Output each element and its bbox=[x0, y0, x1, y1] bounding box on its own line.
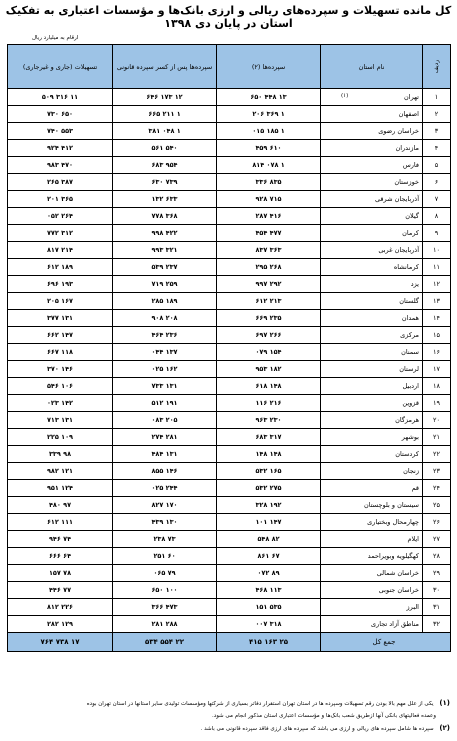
table-row: ۳۱البرز۵۳۵ ۱۵۱۴۷۳ ۳۶۶۲۲۶ ۸۱۲ bbox=[8, 599, 451, 616]
header-deposits: سپرده‌ها (۲) bbox=[217, 45, 321, 89]
table-row: ۶خوزستان۸۳۵ ۳۳۶۷۳۹ ۶۳۰۳۸۷ ۲۶۵ bbox=[8, 174, 451, 191]
province-name: البرز bbox=[321, 599, 423, 616]
table-row: ۲۲کردستان۱۴۸ ۱۴۸۱۳۱ ۴۸۴۹۸ ۳۳۹ bbox=[8, 446, 451, 463]
table-row: ۱۲یزد۲۹۲ ۹۹۷۲۵۹ ۷۱۹۱۹۳ ۶۹۶ bbox=[8, 276, 451, 293]
loans-value: ۱۳۱ ۷۱۳ bbox=[8, 412, 113, 429]
row-number: ۱۸ bbox=[423, 378, 451, 395]
table-row: ۱۳گلستان۲۱۳ ۶۱۲۱۸۹ ۲۸۵۱۶۷ ۲۰۵ bbox=[8, 293, 451, 310]
province-name: سیستان و بلوچستان bbox=[321, 497, 423, 514]
table-row: ۱۱کرمانشاه۲۶۸ ۲۹۵۲۳۷ ۵۳۹۱۸۹ ۶۱۲ bbox=[8, 259, 451, 276]
deposits-after-value: ۲۳۶ ۴۶۴ bbox=[113, 327, 217, 344]
deposits-after-value: ۷۹ ۰۶۵ bbox=[113, 565, 217, 582]
deposits-value: ۲۳۵ ۶۶۹ bbox=[217, 310, 321, 327]
deposits-after-value: ۶۰ ۲۵۱ bbox=[113, 548, 217, 565]
deposits-after-value: ۱۷۰ ۸۲۷ bbox=[113, 497, 217, 514]
deposits-value: ۲۶۸ ۲۹۵ bbox=[217, 259, 321, 276]
deposits-value: ۱۶۵ ۵۳۲ bbox=[217, 463, 321, 480]
header-province: نام استان bbox=[321, 45, 423, 89]
table-row: ۴مازندران۶۱۰ ۴۵۹۵۴۰ ۵۶۱۴۱۲ ۹۲۴ bbox=[8, 140, 451, 157]
deposits-after-value: ۱۳۰ ۴۳۹ bbox=[113, 514, 217, 531]
page-title: کل مانده تسهیلات و سپرده‌های ریالی و ارز… bbox=[0, 4, 457, 30]
province-name: کردستان bbox=[321, 446, 423, 463]
row-number: ۵ bbox=[423, 157, 451, 174]
province-name: یزد bbox=[321, 276, 423, 293]
deposits-value: ۲۱۳ ۶۱۲ bbox=[217, 293, 321, 310]
province-name: بوشهر bbox=[321, 429, 423, 446]
deposits-value: ۲۷۵ ۵۳۲ bbox=[217, 480, 321, 497]
deposits-value: ۱۹۲ ۳۲۸ bbox=[217, 497, 321, 514]
loans-value: ۳۸۷ ۲۶۵ bbox=[8, 174, 113, 191]
loans-value: ۷۷ ۴۴۶ bbox=[8, 582, 113, 599]
row-number: ۲۰ bbox=[423, 412, 451, 429]
loans-value: ۵۵۳ ۷۴۰ bbox=[8, 123, 113, 140]
province-name: کهگیلویه وبویراحمد bbox=[321, 548, 423, 565]
footnote-2: (۲) سپرده ها شامل سپرده های ریالی و ارزی… bbox=[10, 722, 450, 735]
table-header-row: ردیف نام استان سپرده‌ها (۲) سپرده‌ها پس … bbox=[8, 45, 451, 89]
row-number: ۹ bbox=[423, 225, 451, 242]
deposits-value: ۴۷۷ ۴۵۴ bbox=[217, 225, 321, 242]
loans-value: ۱۱۸ ۶۶۷ bbox=[8, 344, 113, 361]
row-number: ۸ bbox=[423, 208, 451, 225]
province-name: هرمزگان bbox=[321, 412, 423, 429]
loans-value: ۱۲۴ ۹۵۱ bbox=[8, 480, 113, 497]
province-name: لرستان bbox=[321, 361, 423, 378]
province-name: کرمان bbox=[321, 225, 423, 242]
deposits-value: ۱۴۷ ۱۰۱ bbox=[217, 514, 321, 531]
footnote-1-continuation: وعمده فعالیتهای بانکی آنها ازطریق شعب با… bbox=[10, 710, 450, 722]
footnote-1: (۱) یکی از علل مهم بالا بودن رقم تسهیلات… bbox=[10, 697, 450, 710]
table-row: ۷آذربایجان شرقی۷۱۵ ۹۲۸۶۳۳ ۱۳۲۳۶۵ ۲۰۱ bbox=[8, 191, 451, 208]
header-loans: تسهیلات (جاری و غیرجاری) bbox=[8, 45, 113, 89]
deposits-after-value: ۲۳۷ ۵۳۹ bbox=[113, 259, 217, 276]
footnotes: (۱) یکی از علل مهم بالا بودن رقم تسهیلات… bbox=[10, 697, 450, 735]
loans-value: ۲۲۶ ۸۱۲ bbox=[8, 599, 113, 616]
deposits-after-value: ۵۴۰ ۵۶۱ bbox=[113, 140, 217, 157]
row-number: ۱ bbox=[423, 89, 451, 106]
total-deposits-after: ۲۲ ۵۵۴ ۵۳۴ bbox=[113, 633, 217, 652]
province-name: فارس bbox=[321, 157, 423, 174]
province-name: قزوین bbox=[321, 395, 423, 412]
province-name: مازندران bbox=[321, 140, 423, 157]
table-row: ۳۰خراسان جنوبی۱۱۳ ۴۶۸۱۰۰ ۶۵۰۷۷ ۴۴۶ bbox=[8, 582, 451, 599]
row-number: ۶ bbox=[423, 174, 451, 191]
row-number: ۲۴ bbox=[423, 480, 451, 497]
loans-value: ۳۱۲ ۷۷۲ bbox=[8, 225, 113, 242]
table-row: ۳۲مناطق آزاد تجاری۳۱۸ ۰۰۷۲۸۸ ۲۸۱۱۲۹ ۲۸۲ bbox=[8, 616, 451, 633]
province-name: مرکزی bbox=[321, 327, 423, 344]
total-deposits: ۲۵ ۱۶۳ ۴۱۵ bbox=[217, 633, 321, 652]
table-row: ۱۹قزوین۲۱۶ ۱۱۶۱۹۱ ۵۱۲۱۴۲ ۰۲۳ bbox=[8, 395, 451, 412]
loans-value: ۱۱ ۳۱۶ ۵۰۹ bbox=[8, 89, 113, 106]
table-row: ۵فارس۱ ۰۷۸ ۸۱۴۹۵۴ ۶۸۳۴۷۰ ۹۸۳ bbox=[8, 157, 451, 174]
loans-value: ۴۱۲ ۹۲۴ bbox=[8, 140, 113, 157]
deposits-after-value: ۲۰۵ ۰۸۳ bbox=[113, 412, 217, 429]
deposits-value: ۳۶۳ ۸۳۷ bbox=[217, 242, 321, 259]
loans-value: ۱۹۳ ۶۹۶ bbox=[8, 276, 113, 293]
deposits-after-value: ۲۰۸ ۹۰۸ bbox=[113, 310, 217, 327]
table-row: ۲۹خراسان شمالی۸۹ ۰۷۲۷۹ ۰۶۵۷۸ ۱۵۷ bbox=[8, 565, 451, 582]
loans-value: ۱۲۹ ۲۸۲ bbox=[8, 616, 113, 633]
row-number: ۲۸ bbox=[423, 548, 451, 565]
province-name: خراسان شمالی bbox=[321, 565, 423, 582]
loans-value: ۱۰۶ ۵۴۶ bbox=[8, 378, 113, 395]
table-row: ۱۴همدان۲۳۵ ۶۶۹۲۰۸ ۹۰۸۱۳۱ ۳۷۷ bbox=[8, 310, 451, 327]
province-name: ایلام bbox=[321, 531, 423, 548]
row-number: ۳ bbox=[423, 123, 451, 140]
loans-value: ۳۶۵ ۲۰۱ bbox=[8, 191, 113, 208]
row-number: ۲۷ bbox=[423, 531, 451, 548]
footnote-ref: (۱) bbox=[321, 93, 348, 99]
row-number: ۱۲ bbox=[423, 276, 451, 293]
deposits-after-value: ۲۸۱ ۲۷۴ bbox=[113, 429, 217, 446]
row-number: ۱۴ bbox=[423, 310, 451, 327]
deposits-value: ۲۱۶ ۱۱۶ bbox=[217, 395, 321, 412]
deposits-value: ۶۱۰ ۴۵۹ bbox=[217, 140, 321, 157]
table-row: ۲۴قم۲۷۵ ۵۳۲۲۴۴ ۰۲۵۱۲۴ ۹۵۱ bbox=[8, 480, 451, 497]
deposits-after-value: ۷۳ ۲۳۸ bbox=[113, 531, 217, 548]
loans-value: ۱۲۱ ۹۸۲ bbox=[8, 463, 113, 480]
deposits-value: ۱ ۱۸۵ ۰۱۵ bbox=[217, 123, 321, 140]
deposits-after-value: ۹۵۴ ۶۸۳ bbox=[113, 157, 217, 174]
deposits-value: ۸۳۵ ۳۳۶ bbox=[217, 174, 321, 191]
unit-note: ارقام به میلیارد ریال bbox=[32, 35, 78, 41]
table-row: ۲۷ایلام۸۲ ۵۴۸۷۳ ۲۳۸۷۴ ۹۴۶ bbox=[8, 531, 451, 548]
loans-value: ۱۳۱ ۳۷۷ bbox=[8, 310, 113, 327]
deposits-value: ۴۱۶ ۲۸۷ bbox=[217, 208, 321, 225]
header-row-number: ردیف bbox=[423, 45, 451, 89]
loans-value: ۶۴ ۶۶۶ bbox=[8, 548, 113, 565]
table-row: ۲۵سیستان و بلوچستان۱۹۲ ۳۲۸۱۷۰ ۸۲۷۹۷ ۴۸۰ bbox=[8, 497, 451, 514]
province-name: چهارمحال وبختیاری bbox=[321, 514, 423, 531]
row-number: ۱۵ bbox=[423, 327, 451, 344]
province-name: گلستان bbox=[321, 293, 423, 310]
province-name: کرمانشاه bbox=[321, 259, 423, 276]
province-name: اصفهان bbox=[321, 106, 423, 123]
loans-value: ۱۱۱ ۶۱۲ bbox=[8, 514, 113, 531]
province-name: قم bbox=[321, 480, 423, 497]
deposits-value: ۸۲ ۵۴۸ bbox=[217, 531, 321, 548]
table-row: ۹کرمان۴۷۷ ۴۵۴۴۲۲ ۹۹۸۳۱۲ ۷۷۲ bbox=[8, 225, 451, 242]
row-number: ۳۰ bbox=[423, 582, 451, 599]
deposits-after-value: ۴۷۳ ۳۶۶ bbox=[113, 599, 217, 616]
footnote-text: سپرده ها شامل سپرده های ریالی و ارزی می … bbox=[201, 726, 434, 732]
row-number: ۲۲ bbox=[423, 446, 451, 463]
row-number: ۱۶ bbox=[423, 344, 451, 361]
row-number: ۲۵ bbox=[423, 497, 451, 514]
province-name: گیلان bbox=[321, 208, 423, 225]
deposits-after-value: ۴۲۲ ۹۹۸ bbox=[113, 225, 217, 242]
deposits-value: ۱ ۰۷۸ ۸۱۴ bbox=[217, 157, 321, 174]
row-number: ۱۷ bbox=[423, 361, 451, 378]
province-name: خراسان رضوی bbox=[321, 123, 423, 140]
province-name: همدان bbox=[321, 310, 423, 327]
table-row: ۲۰هرمزگان۲۳۰ ۹۶۳۲۰۵ ۰۸۳۱۳۱ ۷۱۳ bbox=[8, 412, 451, 429]
deposits-after-value: ۷۳۹ ۶۳۰ bbox=[113, 174, 217, 191]
deposits-value: ۸۹ ۰۷۲ bbox=[217, 565, 321, 582]
footnote-marker: (۱) bbox=[439, 699, 450, 707]
row-number: ۲۶ bbox=[423, 514, 451, 531]
row-number: ۱۱ bbox=[423, 259, 451, 276]
deposits-value: ۲۳۰ ۹۶۳ bbox=[217, 412, 321, 429]
deposits-after-value: ۱ ۲۱۱ ۶۶۵ bbox=[113, 106, 217, 123]
table-row: ۱۸اردبیل۱۴۸ ۶۱۸۱۳۱ ۷۳۳۱۰۶ ۵۴۶ bbox=[8, 378, 451, 395]
row-number: ۱۰ bbox=[423, 242, 451, 259]
deposits-value: ۱۱۳ ۴۶۸ bbox=[217, 582, 321, 599]
deposits-value: ۱۴۸ ۱۴۸ bbox=[217, 446, 321, 463]
table-row: ۱۰آذربایجان غربی۳۶۳ ۸۳۷۳۲۱ ۹۹۳۲۱۴ ۸۱۷ bbox=[8, 242, 451, 259]
row-number: ۱۹ bbox=[423, 395, 451, 412]
deposits-after-value: ۱۳۱ ۷۳۳ bbox=[113, 378, 217, 395]
deposits-value: ۲۶۶ ۶۹۷ bbox=[217, 327, 321, 344]
deposits-after-value: ۱۴۶ ۸۵۵ bbox=[113, 463, 217, 480]
row-number: ۴ bbox=[423, 140, 451, 157]
header-deposits-after-reserve: سپرده‌ها پس از کسر سپرده قانونی bbox=[113, 45, 217, 89]
footnote-marker: (۲) bbox=[439, 724, 450, 732]
province-name: سمنان bbox=[321, 344, 423, 361]
total-loans: ۱۷ ۷۳۸ ۷۶۴ bbox=[8, 633, 113, 652]
table-row: ۲۳زنجان۱۶۵ ۵۳۲۱۴۶ ۸۵۵۱۲۱ ۹۸۲ bbox=[8, 463, 451, 480]
deposits-after-value: ۱۳۷ ۰۴۴ bbox=[113, 344, 217, 361]
row-number: ۲ bbox=[423, 106, 451, 123]
deposits-value: ۳۱۸ ۰۰۷ bbox=[217, 616, 321, 633]
deposits-value: ۱۴۸ ۶۱۸ bbox=[217, 378, 321, 395]
row-number: ۲۹ bbox=[423, 565, 451, 582]
province-name: آذربایجان شرقی bbox=[321, 191, 423, 208]
deposits-after-value: ۱۹۱ ۵۱۲ bbox=[113, 395, 217, 412]
province-name: زنجان bbox=[321, 463, 423, 480]
table-row: ۲اصفهان۱ ۳۶۹ ۲۰۶۱ ۲۱۱ ۶۶۵۶۵۰ ۷۳۰ bbox=[8, 106, 451, 123]
row-number: ۲۳ bbox=[423, 463, 451, 480]
table-row: ۲۱بوشهر۳۱۷ ۶۸۳۲۸۱ ۲۷۴۱۰۹ ۲۲۵ bbox=[8, 429, 451, 446]
row-number: ۳۱ bbox=[423, 599, 451, 616]
loans-value: ۹۷ ۴۸۰ bbox=[8, 497, 113, 514]
deposits-after-value: ۱۸۹ ۲۸۵ bbox=[113, 293, 217, 310]
deposits-after-value: ۶۳۳ ۱۳۲ bbox=[113, 191, 217, 208]
loans-value: ۷۸ ۱۵۷ bbox=[8, 565, 113, 582]
deposits-after-value: ۲۴۴ ۰۲۵ bbox=[113, 480, 217, 497]
table-row: ۲۸کهگیلویه وبویراحمد۶۷ ۸۶۱۶۰ ۲۵۱۶۴ ۶۶۶ bbox=[8, 548, 451, 565]
table-row: ۱۶سمنان۱۵۴ ۰۷۹۱۳۷ ۰۴۴۱۱۸ ۶۶۷ bbox=[8, 344, 451, 361]
province-name: آذربایجان غربی bbox=[321, 242, 423, 259]
deposits-value: ۱۸۲ ۹۵۳ bbox=[217, 361, 321, 378]
province-name: خوزستان bbox=[321, 174, 423, 191]
deposits-after-value: ۳۲۱ ۹۹۳ bbox=[113, 242, 217, 259]
deposits-after-value: ۱ ۰۴۸ ۳۸۱ bbox=[113, 123, 217, 140]
table-row: ۳خراسان رضوی۱ ۱۸۵ ۰۱۵۱ ۰۴۸ ۳۸۱۵۵۳ ۷۴۰ bbox=[8, 123, 451, 140]
deposits-after-value: ۲۵۹ ۷۱۹ bbox=[113, 276, 217, 293]
table-row: ۱۷لرستان۱۸۲ ۹۵۳۱۶۲ ۰۲۵۱۴۶ ۳۷۰ bbox=[8, 361, 451, 378]
row-number: ۷ bbox=[423, 191, 451, 208]
deposits-after-value: ۳۶۸ ۷۷۸ bbox=[113, 208, 217, 225]
loans-value: ۱۴۲ ۰۲۳ bbox=[8, 395, 113, 412]
row-number: ۱۳ bbox=[423, 293, 451, 310]
row-number: ۳۲ bbox=[423, 616, 451, 633]
province-name: مناطق آزاد تجاری bbox=[321, 616, 423, 633]
province-name: اردبیل bbox=[321, 378, 423, 395]
province-name: خراسان جنوبی bbox=[321, 582, 423, 599]
deposits-value: ۵۳۵ ۱۵۱ bbox=[217, 599, 321, 616]
total-label: جمع کل bbox=[321, 633, 451, 652]
loans-value: ۲۱۴ ۸۱۷ bbox=[8, 242, 113, 259]
loans-value: ۶۵۰ ۷۳۰ bbox=[8, 106, 113, 123]
loans-value: ۷۴ ۹۴۶ bbox=[8, 531, 113, 548]
deposits-value: ۱ ۳۶۹ ۲۰۶ bbox=[217, 106, 321, 123]
deposits-value: ۱۵۴ ۰۷۹ bbox=[217, 344, 321, 361]
deposits-value: ۶۷ ۸۶۱ bbox=[217, 548, 321, 565]
row-number: ۲۱ bbox=[423, 429, 451, 446]
deposits-after-value: ۱۰۰ ۶۵۰ bbox=[113, 582, 217, 599]
table-row: ۲۶چهارمحال وبختیاری۱۴۷ ۱۰۱۱۳۰ ۴۳۹۱۱۱ ۶۱۲ bbox=[8, 514, 451, 531]
deposits-after-value: ۲۸۸ ۲۸۱ bbox=[113, 616, 217, 633]
deposits-value: ۷۱۵ ۹۲۸ bbox=[217, 191, 321, 208]
deposits-after-value: ۱۶۲ ۰۲۵ bbox=[113, 361, 217, 378]
province-name: تهران(۱) bbox=[321, 89, 423, 106]
deposits-value: ۲۹۲ ۹۹۷ bbox=[217, 276, 321, 293]
footnote-text: یکی از علل مهم بالا بودن رقم تسهیلات وسپ… bbox=[87, 701, 434, 707]
table-row: ۸گیلان۴۱۶ ۲۸۷۳۶۸ ۷۷۸۲۶۴ ۰۵۲ bbox=[8, 208, 451, 225]
total-row: جمع کل ۲۵ ۱۶۳ ۴۱۵ ۲۲ ۵۵۴ ۵۳۴ ۱۷ ۷۳۸ ۷۶۴ bbox=[8, 633, 451, 652]
loans-value: ۹۸ ۳۳۹ bbox=[8, 446, 113, 463]
table-row: ۱۵مرکزی۲۶۶ ۶۹۷۲۳۶ ۴۶۴۱۴۷ ۶۶۲ bbox=[8, 327, 451, 344]
loans-value: ۴۷۰ ۹۸۳ bbox=[8, 157, 113, 174]
loans-value: ۱۶۷ ۲۰۵ bbox=[8, 293, 113, 310]
deposits-after-value: ۱۲ ۱۷۳ ۶۴۶ bbox=[113, 89, 217, 106]
table-row: ۱تهران(۱)۱۳ ۴۴۸ ۶۵۰۱۲ ۱۷۳ ۶۴۶۱۱ ۳۱۶ ۵۰۹ bbox=[8, 89, 451, 106]
loans-value: ۱۴۶ ۳۷۰ bbox=[8, 361, 113, 378]
province-table: ردیف نام استان سپرده‌ها (۲) سپرده‌ها پس … bbox=[7, 44, 451, 652]
deposits-value: ۳۱۷ ۶۸۳ bbox=[217, 429, 321, 446]
loans-value: ۱۰۹ ۲۲۵ bbox=[8, 429, 113, 446]
deposits-after-value: ۱۳۱ ۴۸۴ bbox=[113, 446, 217, 463]
deposits-value: ۱۳ ۴۴۸ ۶۵۰ bbox=[217, 89, 321, 106]
loans-value: ۲۶۴ ۰۵۲ bbox=[8, 208, 113, 225]
loans-value: ۱۸۹ ۶۱۲ bbox=[8, 259, 113, 276]
loans-value: ۱۴۷ ۶۶۲ bbox=[8, 327, 113, 344]
